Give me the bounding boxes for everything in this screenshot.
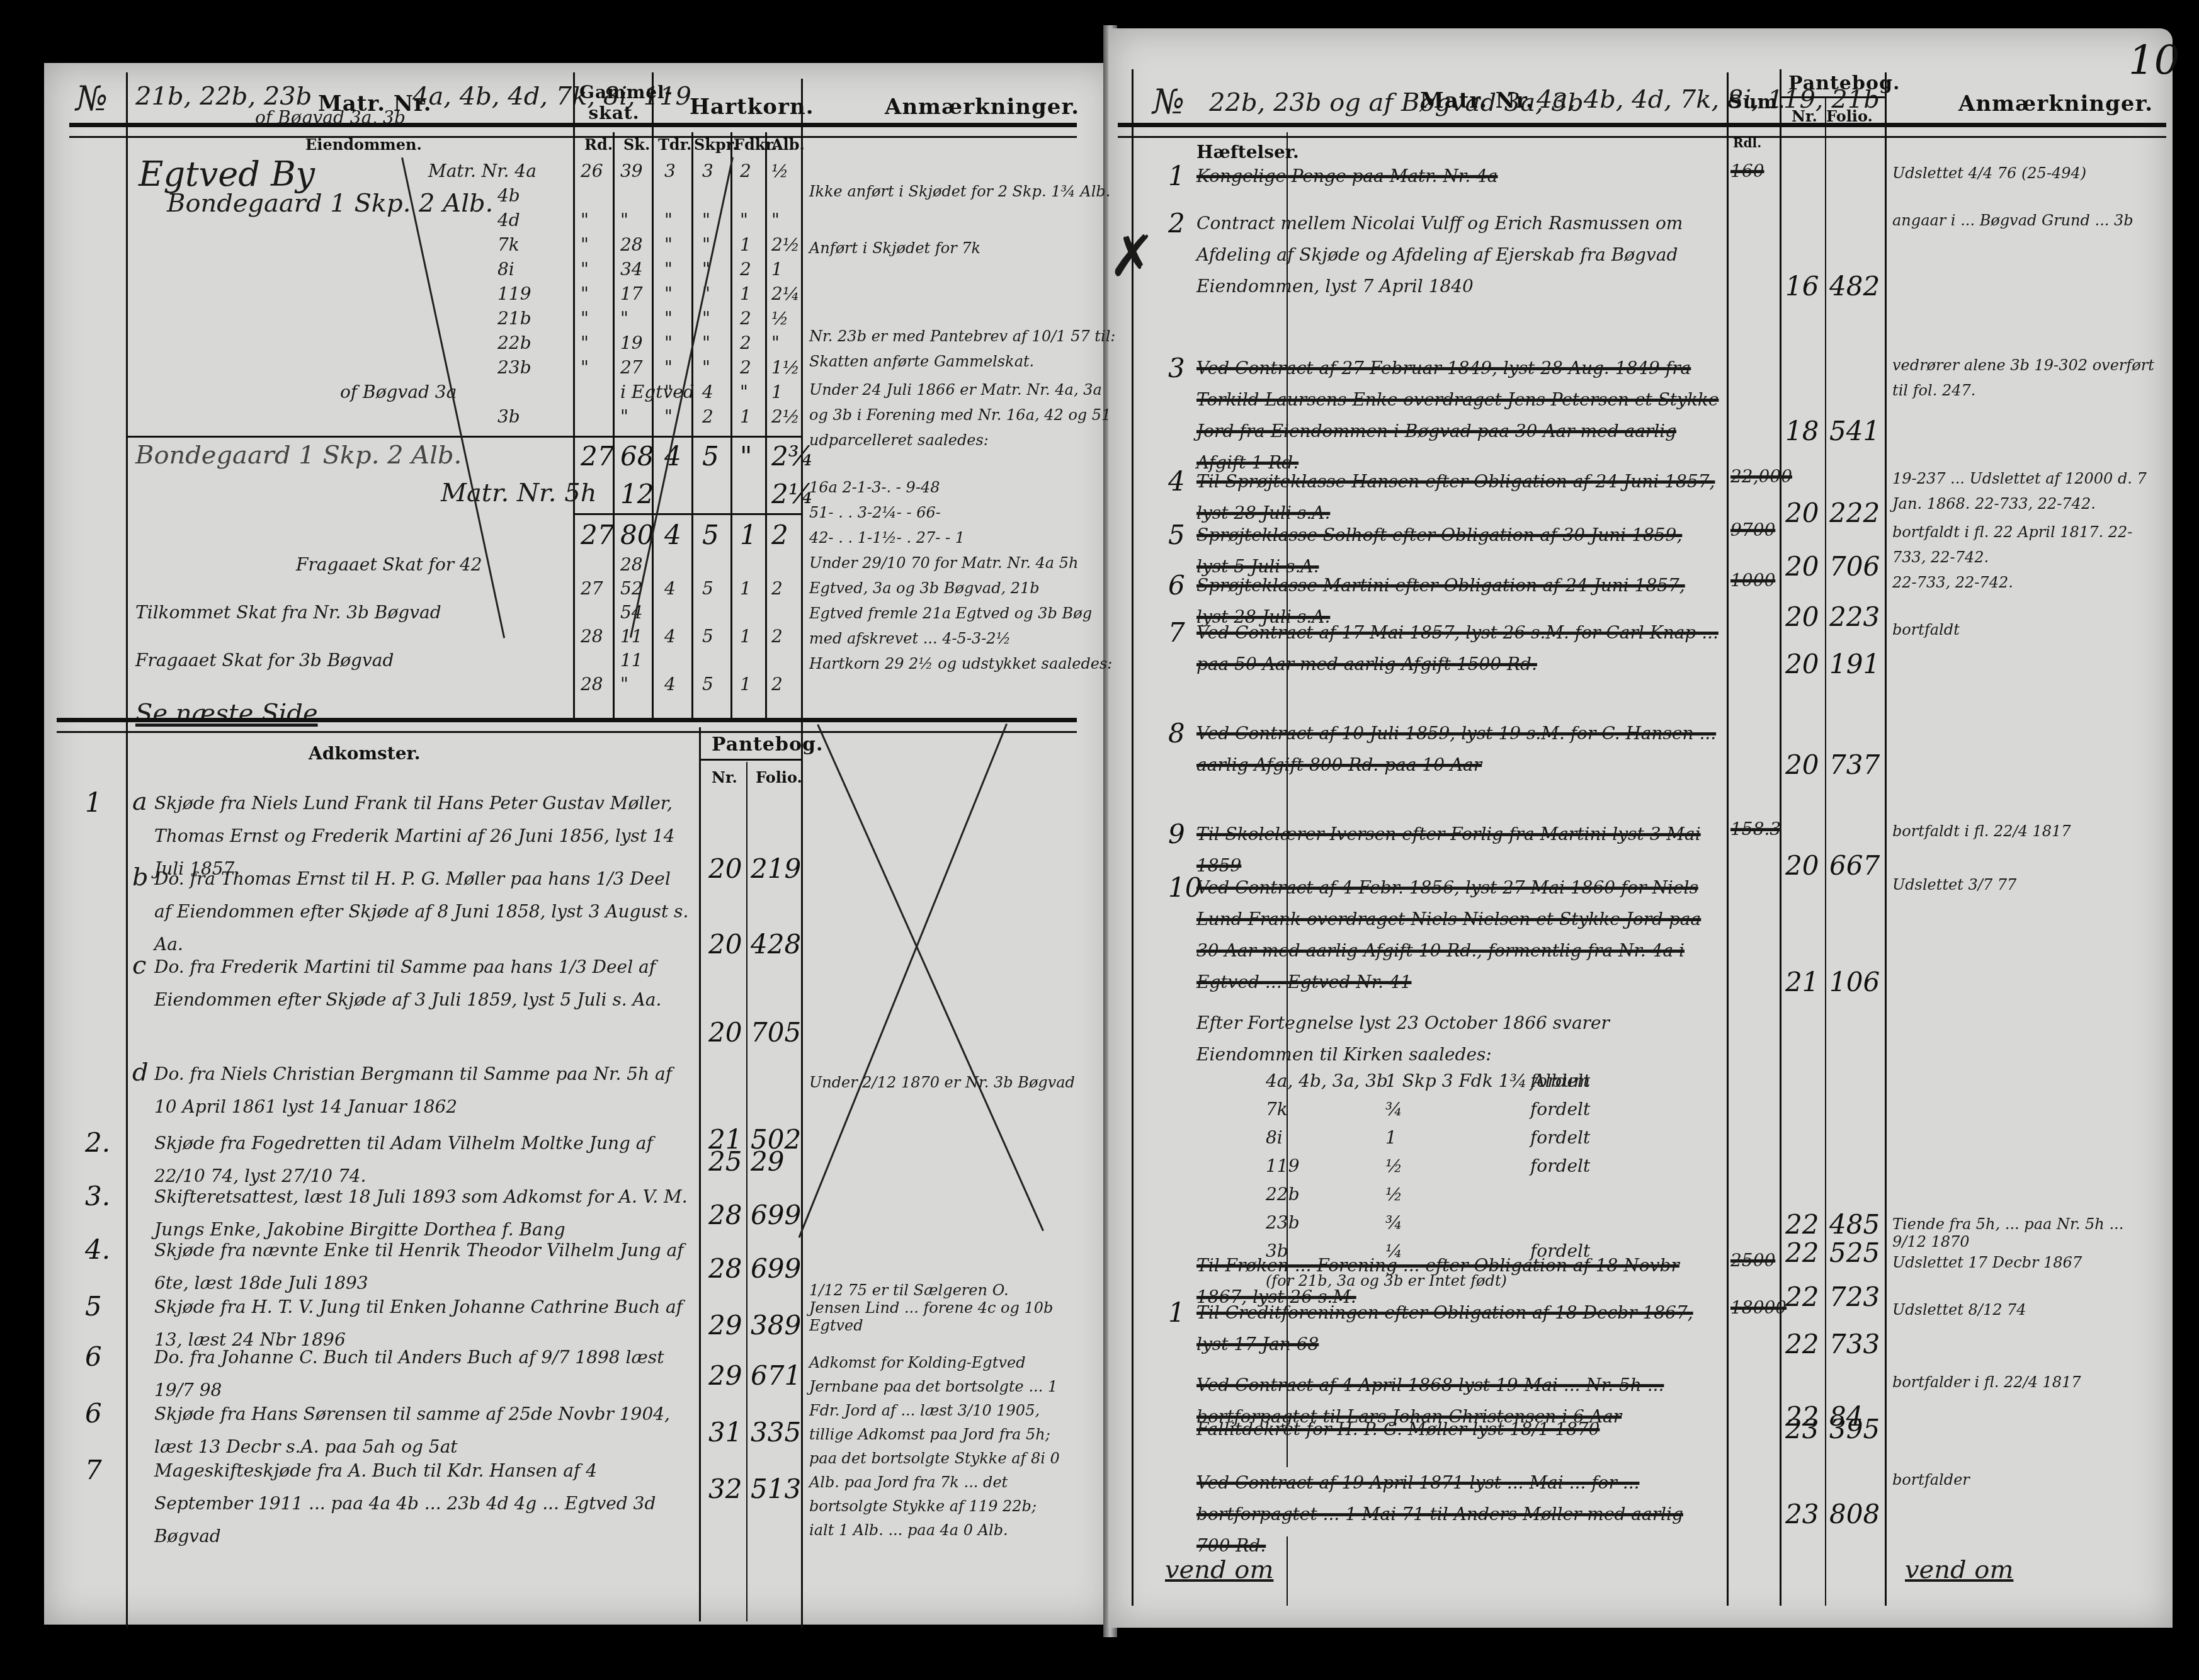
haeftelse-pantebog-folio: 191: [1829, 649, 1880, 679]
adjustment-cell-fdkr: 1: [740, 626, 751, 647]
haeftelse-note: bortfalder: [1892, 1467, 2157, 1492]
adkomst-pantebog-folio: 428: [751, 929, 801, 960]
adjustment-cell-skpr: 5: [702, 626, 713, 647]
adkomst-pantebog-nr: 28: [708, 1253, 742, 1284]
haeftelse-text: Ved Contract af 27 Februar 1849, lyst 28…: [1196, 353, 1719, 479]
haeftelse-pantebog-folio: 706: [1829, 551, 1880, 582]
hartkorn-cell-tdr: ": [664, 382, 673, 402]
adkomst-letter: d: [132, 1058, 149, 1087]
anmaerkning-note: Nr. 23b er med Pantebrev af 10/1 57 til:: [809, 327, 1115, 345]
adjustment-label: Fragaaet Skat for 3b Bøgvad: [135, 650, 394, 671]
anmaerkning-note: Ikke anført i Skjødet for 2 Skp. 1¾ Alb.: [809, 183, 1110, 200]
hartkorn-cell-sk: 17: [620, 283, 643, 304]
adkomst-text: Mageskifteskjøde fra A. Buch til Kdr. Ha…: [154, 1455, 690, 1553]
hartkorn-cell-alb: 1: [771, 259, 783, 280]
large-x-mark: ✗: [1108, 224, 1156, 290]
haeftelse-pantebog-nr: 20: [1785, 497, 1819, 528]
subtotal-rule: [573, 513, 803, 515]
skpr-label: Skpr.: [694, 135, 738, 154]
haeftelse-text: Ved Contract af 10 Juli 1859, lyst 19 s.…: [1196, 718, 1719, 781]
adkomst-pantebog-nr: 20: [708, 929, 742, 960]
hartkorn-cell-fdkr: ": [740, 382, 748, 402]
hartkorn-cell-sk: 27: [620, 357, 643, 378]
haeftelse-pantebog-nr: 20: [1785, 649, 1819, 679]
kirke-mark: fordelt: [1530, 1127, 1590, 1148]
anmaerkning-note: og 3b i Forening med Nr. 16a, 42 og 51: [809, 406, 1111, 424]
kirke-value: ¾: [1385, 1099, 1402, 1120]
total-rd: 27: [581, 441, 614, 472]
subtotal-alb: 2: [771, 519, 788, 550]
anmaerkning-note: 16a 2-1-3-. - 9-48: [809, 479, 940, 496]
kirke-matr: 23b: [1266, 1212, 1300, 1233]
hartkorn-cell-rd: ": [581, 234, 589, 255]
haeftelse-note: bortfaldt: [1892, 617, 2157, 642]
hartkorn-cell-sk: 39: [620, 161, 643, 181]
fdkr-label: Fdkr.: [734, 135, 777, 154]
haeftelse-pantebog-folio: 808: [1829, 1499, 1880, 1530]
hartkorn-cell-fdkr: 1: [740, 234, 751, 255]
hartkorn-cell-alb: ": [771, 332, 780, 353]
left-col-divider-fdkr: [730, 132, 732, 721]
adjustment-cell-sk: 54: [620, 602, 643, 623]
anmaerkning-note: med afskrevet ... 4-5-3-2½: [809, 630, 1011, 647]
haeftelse-pantebog-folio: 482: [1829, 271, 1880, 302]
adjustment-cell-alb: 2: [771, 626, 783, 647]
adkomst-pantebog-nr: 29: [708, 1360, 742, 1391]
hartkorn-cell-skpr: ": [702, 308, 710, 329]
anmaerkning-note: Under 29/10 70 for Matr. Nr. 4a 5h: [809, 554, 1078, 572]
hartkorn-cell-sk: ": [620, 308, 628, 329]
anmaerkning-note: Anført i Skjødet for 7k: [809, 239, 980, 257]
haeftelse-number: 6: [1168, 570, 1185, 601]
haeftelse-note: bortfaldt i fl. 22/4 1817: [1892, 819, 2157, 844]
haeftelse-sum: 22,000: [1730, 466, 1792, 487]
hartkorn-cell-rd: ": [581, 308, 589, 329]
matr-row-label: of Bøgvad 3a: [340, 382, 457, 402]
haeftelse-pantebog-nr: 20: [1785, 850, 1819, 881]
adkomst-pantebog-folio: 705: [751, 1017, 801, 1048]
adkomst-number: 1: [85, 787, 102, 818]
alb-label: Alb.: [771, 135, 805, 154]
haeftelse-text: Ved Contract af 19 April 1871 lyst ... M…: [1196, 1467, 1719, 1562]
right-no-label: №: [1152, 82, 1185, 122]
kirke-value: ½: [1385, 1184, 1402, 1205]
right-matr-label: Matr. Nr.: [1420, 88, 1534, 113]
haeftelse-pantebog-nr: 20: [1785, 749, 1819, 780]
adjustment-cell-alb: 2: [771, 674, 783, 695]
left-no-label: №: [76, 79, 108, 118]
hartkorn-cell-rd: ": [581, 357, 589, 378]
hartkorn-cell-tdr: ": [664, 259, 673, 280]
kirke-matr: 22b: [1266, 1184, 1300, 1205]
eiendommen-subtitle: Bondegaard 1 Skp. 2 Alb.: [167, 189, 493, 218]
haeftelse-number: 2: [1168, 208, 1185, 239]
haeftelse-pantebog-nr: 20: [1785, 601, 1819, 632]
hartkorn-cell-rd: 26: [581, 161, 603, 181]
kirke-matr: 8i: [1266, 1127, 1283, 1148]
kirke-ref-nr: 22: [1785, 1209, 1819, 1240]
total-skpr: 5: [702, 441, 719, 472]
haeftelse-pantebog-nr: 22: [1785, 1281, 1819, 1312]
haeftelse-note: Udslettet 4/4 76 (25-494): [1892, 161, 2157, 186]
hartkorn-cell-alb: 1½: [771, 357, 800, 378]
matr-row-label: 119: [497, 283, 531, 304]
adkomst-pantebog-folio: 335: [751, 1417, 801, 1448]
haeftelse-pantebog-nr: 23: [1785, 1414, 1819, 1444]
left-col-divider-no: [126, 72, 128, 1628]
hartkorn-cell-fdkr: ": [740, 210, 748, 230]
hartkorn-cell-alb: ½: [771, 308, 788, 329]
matr-5h-label: Matr. Nr. 5h: [441, 479, 596, 508]
haeftelse-pantebog-nr: 20: [1785, 551, 1819, 582]
right-header-rule: [1118, 123, 2166, 138]
haeftelse-number: 4: [1168, 466, 1185, 497]
eiendommen-title: Egtved By: [139, 154, 315, 194]
total-rule: [126, 436, 803, 438]
hartkorn-cell-sk: ": [620, 210, 628, 230]
kirke-mark: fordelt: [1530, 1070, 1590, 1091]
total-sk: 68: [620, 441, 654, 472]
adkomst-pantebog-folio: 671: [751, 1360, 801, 1391]
anmaerkning-note: Under 24 Juli 1866 er Matr. Nr. 4a, 3a: [809, 381, 1102, 399]
hartkorn-cell-alb: 2¼: [771, 283, 800, 304]
matr-row-label: 21b: [497, 308, 531, 329]
adjustment-cell-fdkr: 1: [740, 674, 751, 695]
haeftelse-pantebog-folio: 223: [1829, 601, 1880, 632]
left-hartkorn-label: Hartkorn.: [690, 94, 814, 120]
adkomst-text: Do. fra Frederik Martini til Samme paa h…: [154, 951, 690, 1016]
adjustment-cell-tdr: 4: [664, 578, 676, 599]
hartkorn-cell-skpr: ": [702, 332, 710, 353]
haeftelse-sum: 160: [1730, 161, 1764, 181]
adkomst-text: Do. fra Niels Christian Bergmann til Sam…: [154, 1058, 690, 1123]
haeftelse-number: 8: [1168, 718, 1185, 749]
right-col-divider-folio: [1825, 98, 1826, 1606]
left-folio-label: Folio.: [756, 768, 802, 786]
pantebog-subrule: [699, 759, 801, 761]
haeftelse-pantebog-nr: 22: [1785, 1329, 1819, 1359]
hartkorn-cell-alb: ": [771, 210, 780, 230]
hartkorn-cell-fdkr: 2: [740, 161, 751, 181]
haeftelse-note: Udslettet 3/7 77: [1892, 872, 2157, 897]
kirke-matr: 119: [1266, 1155, 1299, 1176]
haeftelse-note: bortfalder i fl. 22/4 1817: [1892, 1370, 2157, 1395]
adjustment-cell-tdr: 4: [664, 674, 676, 695]
kirke-mark: fordelt: [1530, 1099, 1590, 1120]
adjustment-cell-rd: 28: [581, 674, 603, 695]
adkomst-pantebog-folio: 699: [751, 1253, 801, 1284]
adjustment-cell-sk: ": [620, 674, 628, 695]
adjustment-label: Fragaaet Skat for 42: [296, 554, 482, 575]
anmaerkning-note: udparcelleret saaledes:: [809, 431, 989, 449]
adkomst-number: 6: [85, 1341, 102, 1372]
haeftelse-sum: 18000: [1730, 1297, 1787, 1318]
left-nr-label: Nr.: [712, 768, 737, 786]
hartkorn-cell-skpr: 4: [702, 382, 713, 402]
haeftelse-pantebog-folio: 723: [1829, 1281, 1880, 1312]
matr-row-label: 7k: [497, 234, 520, 255]
haeftelse-note: 22-733, 22-742.: [1892, 570, 2157, 595]
kirke-matr: 4a, 4b, 3a, 3b: [1266, 1070, 1388, 1091]
haeftelse-sum: 158.3: [1730, 819, 1781, 839]
anmaerkning-note: Egtved fremle 21a Egtved og 3b Bøg: [809, 604, 1092, 622]
pantebog-col-divider: [699, 727, 701, 1621]
haeftelse-text: Ved Contract af 4 Febr. 1856, lyst 27 Ma…: [1196, 872, 1719, 998]
haeftelse-note: 19-237 ... Udslettet af 12000 d. 7 Jan. …: [1892, 466, 2157, 516]
rdl-label: Rdl.: [1733, 135, 1761, 150]
adkomster-rule: [57, 718, 1077, 733]
haeftelse-text: Efter Fortegnelse lyst 23 October 1866 s…: [1196, 1007, 1719, 1070]
haeftelse-note: bortfaldt i fl. 22 April 1817. 22-733, 2…: [1892, 519, 2157, 570]
right-anmaerkninger-label: Anmærkninger.: [1958, 91, 2153, 116]
haeftelse-pantebog-folio: 737: [1829, 749, 1880, 780]
matr-row-label: 4d: [497, 210, 520, 230]
hartkorn-cell-rd: ": [581, 332, 589, 353]
adkomst-pantebog-nr: 29: [708, 1310, 742, 1341]
hartkorn-cell-skpr: ": [702, 210, 710, 230]
hartkorn-cell-alb: 1: [771, 382, 783, 402]
kirke-ref-folio: 525: [1829, 1237, 1880, 1268]
folio-col-divider: [746, 762, 747, 1621]
right-col-divider-no: [1132, 69, 1134, 1606]
hartkorn-cell-fdkr: 2: [740, 357, 751, 378]
adkomst-number: 4.: [85, 1234, 110, 1265]
subtotal-skpr: 5: [702, 519, 719, 550]
haeftelse-pantebog-folio: 222: [1829, 497, 1880, 528]
rd-label: Rd.: [584, 135, 613, 154]
haeftelse-pantebog-folio: 395: [1829, 1414, 1880, 1444]
hartkorn-cell-tdr: ": [664, 308, 673, 329]
adkomst-number: 5: [85, 1291, 102, 1322]
haeftelse-number: 7: [1168, 617, 1185, 648]
adkomst-pantebog-folio: 219: [751, 853, 801, 884]
haeftelse-pantebog-nr: 16: [1785, 271, 1819, 302]
adjustment-cell-alb: 2: [771, 578, 783, 599]
haeftelse-text: Contract mellem Nicolai Vulff og Erich R…: [1196, 208, 1719, 302]
hartkorn-cell-fdkr: 2: [740, 259, 751, 280]
adjustment-cell-fdkr: 1: [740, 578, 751, 599]
adkomster-label: Adkomster.: [309, 743, 420, 764]
page-number: 10: [2128, 38, 2179, 84]
adjustment-cell-rd: 27: [581, 578, 603, 599]
right-pantebog-subrule: [1781, 96, 1885, 98]
adkomst-note-railway: Adkomst for Kolding-Egtved Jernbane paa …: [809, 1351, 1061, 1542]
hartkorn-cell-tdr: ": [664, 234, 673, 255]
left-pantebog-label: Pantebog.: [712, 734, 823, 756]
anmaerkning-note: Skatten anførte Gammelskat.: [809, 353, 1034, 370]
hartkorn-cell-tdr: ": [664, 357, 673, 378]
hartkorn-cell-sk: 34: [620, 259, 643, 280]
eiendommen-label: Eiendommen.: [305, 135, 422, 154]
hartkorn-cell-alb: 2½: [771, 234, 800, 255]
haeftelse-text: Fallitdekret for H. P. G. Møller lyst 18…: [1196, 1414, 1719, 1445]
hartkorn-cell-skpr: ": [702, 357, 710, 378]
haeftelse-pantebog-folio: 667: [1829, 850, 1880, 881]
haeftelse-number: 9: [1168, 819, 1185, 849]
haeftelser-label: Hæftelser.: [1196, 142, 1299, 162]
vend-om-right: vend om: [1905, 1555, 2013, 1584]
hartkorn-cell-alb: ½: [771, 161, 788, 181]
haeftelse-sum: 1000: [1730, 570, 1775, 591]
right-col-divider-anm: [1885, 72, 1887, 1606]
adjustment-label: Tilkommet Skat fra Nr. 3b Bøgvad: [135, 602, 441, 623]
matr-row-label: Matr. Nr. 4a: [428, 161, 537, 181]
haeftelse-note: Udslettet 17 Decbr 1867: [1892, 1250, 2157, 1275]
left-anmaerkninger-label: Anmærkninger.: [885, 94, 1079, 120]
anmaerkning-note: 42- . . 1-1½- . 27- - 1: [809, 529, 965, 547]
hartkorn-cell-fdkr: 1: [740, 283, 751, 304]
haeftelse-pantebog-folio: 733: [1829, 1329, 1880, 1359]
hartkorn-cell-tdr: 3: [664, 161, 676, 181]
adkomst-text: Skjøde fra nævnte Enke til Henrik Theodo…: [154, 1234, 690, 1300]
matr-5h-alb: 2¼: [771, 479, 814, 509]
right-col-divider-sum: [1727, 72, 1729, 1606]
hartkorn-cell-rd: ": [581, 283, 589, 304]
haeftelse-pantebog-folio: 106: [1829, 967, 1880, 997]
haeftelse-note: vedrører alene 3b 19-302 overført til fo…: [1892, 353, 2157, 403]
adkomst-pantebog-nr: 25: [708, 1146, 742, 1177]
hartkorn-cell-tdr: ": [664, 283, 673, 304]
adkomst-pantebog-folio: 389: [751, 1310, 801, 1341]
matr-row-label: 3b: [497, 406, 520, 427]
haeftelse-number: 1: [1168, 161, 1185, 191]
hartkorn-cell-skpr: 2: [702, 406, 713, 427]
haeftelse-pantebog-nr: 23: [1785, 1499, 1819, 1530]
left-col-divider-skpr: [691, 132, 693, 721]
adkomst-letter: c: [132, 951, 146, 980]
hartkorn-cell-tdr: ": [664, 332, 673, 353]
adkomst-text: Do. fra Thomas Ernst til H. P. G. Møller…: [154, 863, 690, 961]
matr-row-label: 23b: [497, 357, 531, 378]
anmaerkning-note: Hartkorn 29 2½ og udstykket saaledes:: [809, 655, 1112, 673]
left-col-divider-anm: [801, 79, 803, 1628]
hartkorn-cell-skpr: ": [702, 234, 710, 255]
subtotal-rd: 27: [581, 519, 614, 550]
kirke-ref-folio: 485: [1829, 1209, 1880, 1240]
right-pantebog-label: Pantebog.: [1788, 72, 1900, 94]
hartkorn-cell-rd: ": [581, 259, 589, 280]
hartkorn-cell-fdkr: 2: [740, 332, 751, 353]
adkomst-pantebog-nr: 32: [708, 1473, 742, 1504]
adjustment-cell-sk: 11: [620, 650, 643, 671]
adkomst-number: 7: [85, 1455, 102, 1485]
hartkorn-cell-sk: 28: [620, 234, 643, 255]
adkomst-pantebog-nr: 28: [708, 1200, 742, 1230]
adkomst-text: Skjøde fra Hans Sørensen til samme af 25…: [154, 1398, 690, 1463]
kirke-ref-nr: 22: [1785, 1237, 1819, 1268]
anmaerkning-note: 51- . . 3-2¼- - 66-: [809, 504, 941, 521]
adkomst-letter: b: [132, 863, 149, 892]
haeftelse-number: 1: [1168, 1297, 1185, 1328]
adkomst-pantebog-nr: 20: [708, 1017, 742, 1048]
adkomst-note-1870: Under 2/12 1870 er Nr. 3b Bøgvad: [809, 1074, 1075, 1091]
matr-row-label: 8i: [497, 259, 514, 280]
total-fdkr: ": [740, 441, 752, 472]
adjustment-cell-skpr: 5: [702, 578, 713, 599]
adkomst-number: 6: [85, 1398, 102, 1429]
adkomst-pantebog-nr: 31: [708, 1417, 742, 1448]
hartkorn-cell-skpr: 3: [702, 161, 713, 181]
adkomst-pantebog-folio: 513: [751, 1473, 801, 1504]
hartkorn-cell-alb: 2½: [771, 406, 800, 427]
hartkorn-cell-sk: ": [620, 406, 628, 427]
left-col-divider-sk: [613, 132, 615, 721]
hartkorn-cell-sk: 19: [620, 332, 643, 353]
hartkorn-cell-rd: ": [581, 210, 589, 230]
adkomst-pantebog-folio: 699: [751, 1200, 801, 1230]
haeftelse-sum: 2500: [1730, 1250, 1775, 1271]
adkomst-number: 3.: [85, 1181, 110, 1212]
adjustment-cell-sk: 28: [620, 554, 643, 575]
kirke-mark: fordelt: [1530, 1155, 1590, 1176]
subtotal-fdkr: 1: [740, 519, 757, 550]
left-col-divider-gammelskat: [573, 72, 575, 721]
haeftelse-pantebog-nr: 18: [1785, 416, 1819, 446]
haeftelse-text: Til Creditforeningen efter Obligation af…: [1196, 1297, 1719, 1360]
right-sum-label: Sum.: [1729, 91, 1785, 113]
adjustment-cell-rd: 28: [581, 626, 603, 647]
hartkorn-cell-fdkr: 2: [740, 308, 751, 329]
sk-label: Sk.: [623, 135, 650, 154]
matr-row-label: 22b: [497, 332, 531, 353]
kirke-value: ½: [1385, 1155, 1402, 1176]
hartkorn-cell-tdr: ": [664, 406, 673, 427]
haeftelse-pantebog-folio: 541: [1829, 416, 1880, 446]
adkomst-pantebog-folio: 29: [751, 1146, 784, 1177]
haeftelse-text: Kongelige Penge paa Matr. Nr. 4a: [1196, 161, 1719, 192]
haeftelse-text: Ved Contract af 17 Mai 1857, lyst 26 s.M…: [1196, 617, 1719, 680]
hartkorn-cell-tdr: ": [664, 210, 673, 230]
tdr-label: Tdr.: [658, 135, 691, 154]
haeftelse-note: Udslettet 8/12 74: [1892, 1297, 2157, 1322]
matr-row-label: 4b: [497, 185, 520, 206]
kirke-value: 1: [1385, 1127, 1397, 1148]
adkomst-number: 2.: [85, 1127, 110, 1158]
vend-om-left: vend om: [1165, 1555, 1273, 1584]
left-gammelskat-label: Gammel-skat.: [579, 82, 649, 123]
matr-5h-sk: 12: [620, 479, 654, 509]
adkomst-pantebog-nr: 20: [708, 853, 742, 884]
haeftelse-pantebog-nr: 21: [1785, 967, 1819, 997]
hartkorn-cell-fdkr: 1: [740, 406, 751, 427]
total-label: Bondegaard 1 Skp. 2 Alb.: [135, 441, 462, 470]
total-alb: 2¾: [771, 441, 814, 472]
left-col-divider-alb: [765, 132, 767, 721]
adkomst-text: Do. fra Johanne C. Buch til Anders Buch …: [154, 1341, 690, 1407]
haeftelse-number: 5: [1168, 519, 1185, 550]
subtotal-tdr: 4: [664, 519, 681, 550]
adjustment-cell-tdr: 4: [664, 626, 676, 647]
adkomst-note-1875: 1/12 75 er til Sælgeren O. Jensen Lind .…: [809, 1281, 1061, 1334]
haeftelse-sum: 9700: [1730, 519, 1775, 540]
haeftelse-note: angaar i ... Bøgvad Grund ... 3b: [1892, 208, 2157, 233]
haeftelse-number: 3: [1168, 353, 1185, 383]
anmaerkning-note: Egtved, 3a og 3b Bøgvad, 21b: [809, 579, 1040, 597]
kirke-value: ¾: [1385, 1212, 1402, 1233]
adkomst-letter: a: [132, 787, 147, 816]
kirke-matr: 7k: [1266, 1099, 1288, 1120]
adjustment-cell-skpr: 5: [702, 674, 713, 695]
kirke-ref-note: Tiende fra 5h, ... paa Nr. 5h ... 9/12 1…: [1892, 1215, 2157, 1251]
